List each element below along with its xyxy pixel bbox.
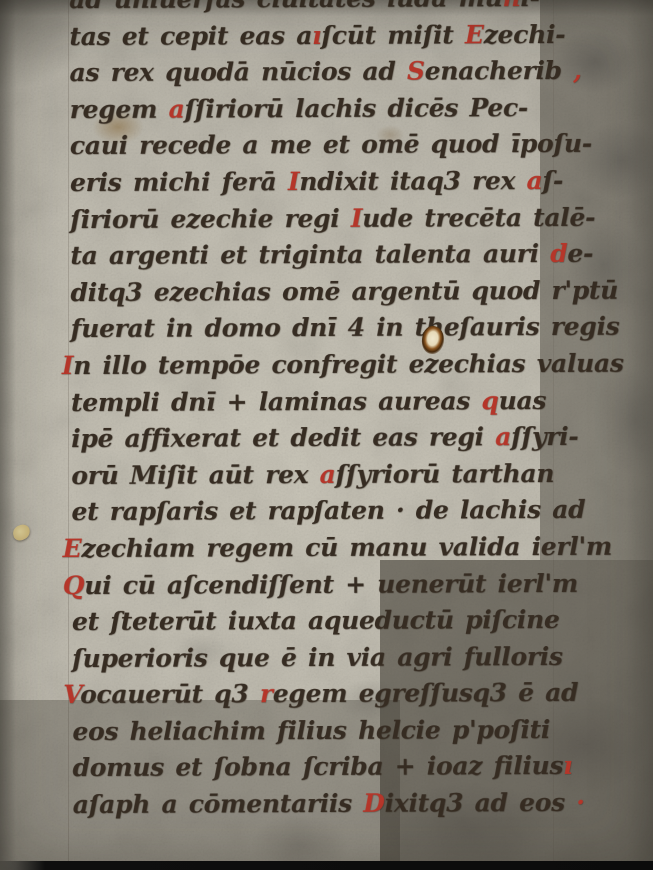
rubric-text: Q bbox=[63, 571, 85, 600]
ink-text: templi dnī + laminas aureas bbox=[71, 386, 482, 417]
manuscript-line: domus et ſobna ſcriba + ioaz filiusı bbox=[73, 748, 573, 787]
manuscript-line: as rex quodā nūcios ad Senacherib , bbox=[69, 53, 569, 92]
manuscript-line: orū Miſit aūt rex aſſyriorū tarthan bbox=[71, 456, 571, 495]
rubric-text: ı bbox=[312, 21, 321, 50]
ink-text: fuerat in domo dnī 4 in theſauris regis bbox=[71, 312, 620, 343]
rubric-text: q bbox=[481, 386, 498, 415]
manuscript-line: In illo tempōe confregit ezechias valuas bbox=[62, 346, 571, 385]
ink-text: zechiam regem cū manu valida ierl'm bbox=[81, 532, 612, 563]
ink-text: domus et ſobna ſcriba + ioaz filius bbox=[73, 751, 564, 782]
rubric-text: , bbox=[562, 56, 582, 85]
ink-text: enacherib bbox=[425, 56, 562, 86]
ink-text: regem bbox=[70, 94, 169, 123]
ink-text: e- bbox=[567, 239, 593, 268]
rubric-text: ı bbox=[563, 751, 572, 780]
manuscript-line: et ſteterūt iuxta aqueductū piſcine bbox=[72, 602, 572, 641]
rubric-text: r bbox=[260, 679, 273, 708]
manuscript-line: ditq3 ezechias omē argentū quod r'ptū bbox=[70, 273, 570, 312]
manuscript-line: ſuperioris que ē in via agri fulloris bbox=[72, 639, 572, 678]
ink-text: zechi- bbox=[484, 20, 566, 49]
rubric-text: I bbox=[288, 167, 300, 196]
manuscript-line: aſaph a cōmentariis Dixitq3 ad eos · bbox=[73, 785, 573, 824]
ink-text: ſſyriorū tarthan bbox=[335, 459, 554, 489]
rubric-text: I bbox=[351, 203, 363, 232]
ink-text: ipē affixerat et dedit eas regi bbox=[71, 422, 495, 453]
manuscript-line: et rapſaris et rapſaten · de lachis ad bbox=[71, 492, 571, 531]
manuscript-line: ſiriorū ezechie regi Iude trecēta talē- bbox=[70, 199, 570, 238]
manuscript-line: regem aſſiriorū lachis dicēs Pec- bbox=[70, 90, 570, 129]
rubric-text: a bbox=[495, 422, 511, 451]
rubric-text: a bbox=[526, 166, 542, 195]
ink-text: caui recede a me et omē quod īpoſu- bbox=[70, 129, 592, 160]
manuscript-line: Qui cū aſcendiſſent + uenerūt ierl'm bbox=[63, 565, 572, 604]
rubric-text: a bbox=[320, 460, 336, 489]
manuscript-line: Vocauerūt q3 regem egreſſusq3 ē ad bbox=[63, 675, 572, 714]
ink-text: i- bbox=[520, 0, 539, 12]
ink-text: et rapſaris et rapſaten · de lachis ad bbox=[71, 495, 585, 526]
ink-text: ditq3 ezechias omē argentū quod r'ptū bbox=[70, 275, 618, 306]
ink-text: ta argenti et triginta talenta auri bbox=[70, 239, 550, 270]
rubric-text: E bbox=[465, 20, 484, 49]
rubric-text: S bbox=[407, 57, 425, 86]
ink-text: ſcūt miſit bbox=[321, 20, 465, 50]
manuscript-line: templi dnī + laminas aureas quas bbox=[71, 382, 571, 421]
photo-bottom-edge bbox=[0, 861, 653, 870]
ink-text: et ſteterūt iuxta aqueductū piſcine bbox=[72, 605, 560, 636]
manuscript-line: eris michi ferā Indixit itaq3 rex aſ- bbox=[70, 163, 570, 202]
ink-text: eris michi ferā bbox=[70, 167, 288, 197]
ink-text: as rex quodā nūcios ad bbox=[69, 57, 407, 87]
manuscript-line: eos heliachim filius helcie p'poſiti bbox=[72, 712, 572, 751]
ink-text: ui cū aſcendiſſent + uenerūt ierl'm bbox=[84, 568, 578, 599]
ink-text: ſuperioris que ē in via agri fulloris bbox=[72, 642, 563, 673]
rubric-text: n bbox=[502, 0, 520, 12]
ink-text: eos heliachim filius helcie p'poſiti bbox=[72, 715, 550, 746]
manuscript-line: Ezechiam regem cū manu valida ierl'm bbox=[63, 529, 572, 568]
rubric-text: a bbox=[168, 94, 184, 123]
ink-text: ſ- bbox=[542, 166, 563, 195]
ink-text: aſaph a cōmentariis bbox=[73, 789, 364, 819]
ink-text: ndixit itaq3 rex bbox=[299, 166, 526, 196]
rubric-text: d bbox=[550, 239, 567, 268]
manuscript-text-block: ad uniuerſas ciuitates iuda muni-tas et … bbox=[69, 0, 573, 824]
ink-text: n illo tempōe confregit ezechias valuas bbox=[73, 349, 624, 380]
ink-text: ad uniuerſas ciuitates iuda mu bbox=[69, 0, 502, 14]
manuscript-line: ta argenti et triginta talenta auri de- bbox=[70, 236, 570, 275]
ink-text: ſſyri- bbox=[511, 422, 578, 451]
manuscript-line: fuerat in domo dnī 4 in theſauris regis bbox=[71, 309, 571, 348]
ink-text: ude trecēta talē- bbox=[362, 202, 595, 232]
ink-text: ſiriorū ezechie regi bbox=[70, 203, 351, 233]
ink-text: ſſiriorū lachis dicēs Pec- bbox=[184, 93, 528, 123]
rubric-text: I bbox=[62, 351, 74, 380]
ink-text: uas bbox=[499, 386, 547, 415]
manuscript-page-photo: ad uniuerſas ciuitates iuda muni-tas et … bbox=[0, 0, 653, 870]
manuscript-line: tas et cepit eas aıſcūt miſit Ezechi- bbox=[69, 17, 569, 56]
ink-text: ocauerūt q3 bbox=[80, 680, 260, 710]
rubric-text: V bbox=[63, 680, 80, 709]
manuscript-line: ipē affixerat et dedit eas regi aſſyri- bbox=[71, 419, 571, 458]
rubric-text: E bbox=[63, 534, 82, 563]
parchment-chip-flake bbox=[11, 523, 31, 542]
rubric-text: · bbox=[565, 788, 585, 817]
ink-text: orū Miſit aūt rex bbox=[71, 460, 319, 490]
ink-text: tas et cepit eas a bbox=[69, 21, 312, 51]
ink-text: ixitq3 ad eos bbox=[385, 788, 565, 818]
manuscript-line: caui recede a me et omē quod īpoſu- bbox=[70, 126, 570, 165]
ink-text: egem egreſſusq3 ē ad bbox=[273, 678, 579, 708]
rubric-text: D bbox=[363, 789, 385, 818]
